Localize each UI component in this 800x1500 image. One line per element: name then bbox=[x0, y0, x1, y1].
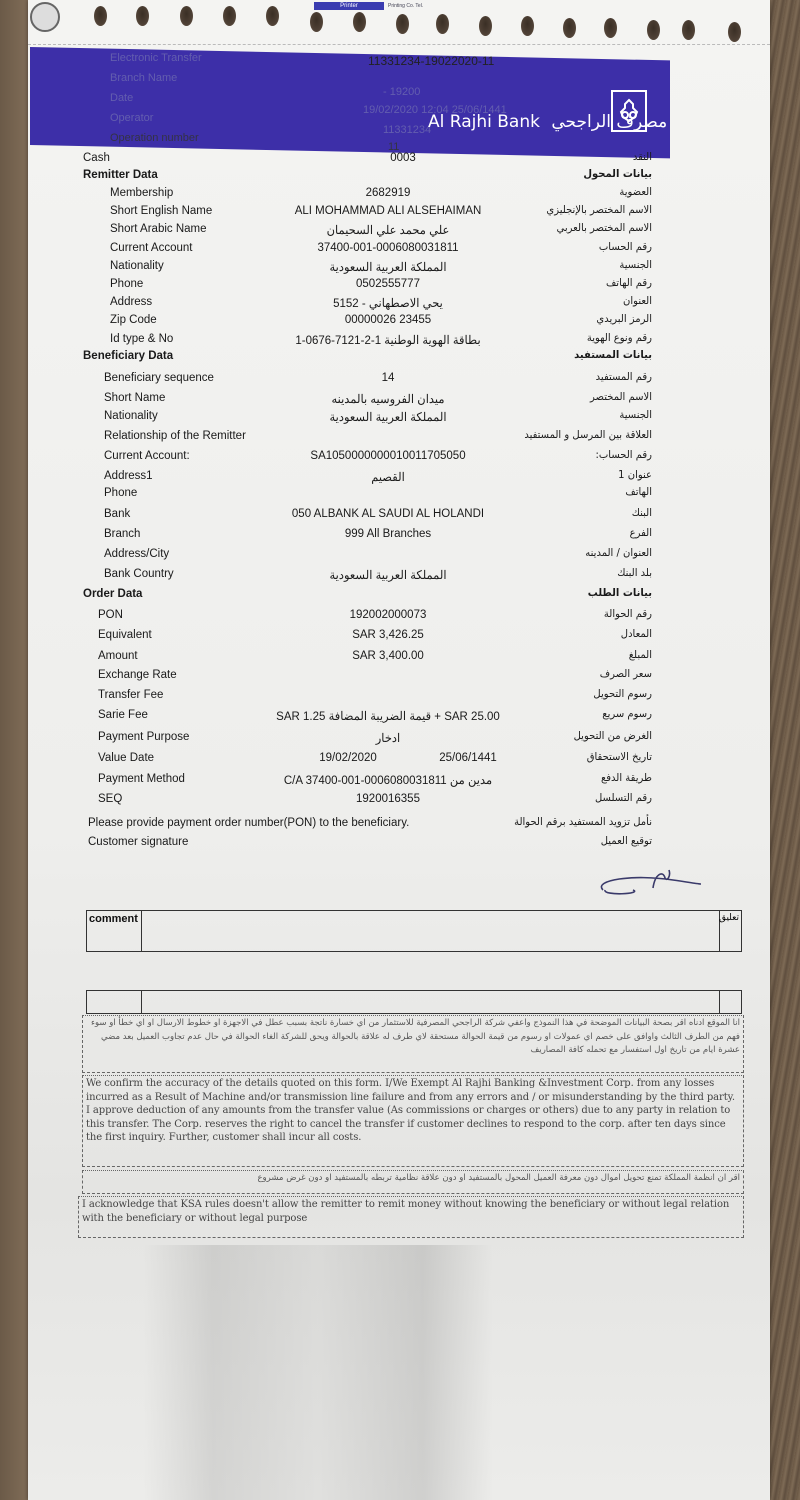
field-row: Zip Code00000026 23455الرمز البريدي bbox=[28, 314, 770, 333]
field-label: Cash bbox=[83, 152, 110, 165]
field-value-hijri: 25/06/1441 bbox=[439, 752, 497, 765]
field-label: Branch bbox=[104, 528, 140, 541]
field-row: Short Arabic Nameعلي محمد علي السحيمانال… bbox=[28, 223, 770, 242]
field-value: SA1050000000010011705050 bbox=[310, 450, 465, 463]
field-label: Address1 bbox=[104, 470, 153, 483]
field-value: 14 bbox=[382, 372, 395, 385]
field-row: Phoneالهاتف bbox=[28, 487, 770, 506]
disclaimer-english-1: We confirm the accuracy of the details q… bbox=[82, 1075, 744, 1167]
field-label-ar: رسوم التحويل bbox=[593, 689, 652, 701]
field-row: Payment MethodC/A 37400-001-000608003181… bbox=[28, 773, 770, 792]
header-label: Date bbox=[110, 92, 133, 104]
field-label-ar: الرمز البريدي bbox=[596, 314, 652, 326]
field-label: Relationship of the Remitter bbox=[104, 430, 246, 443]
field-label-ar: رسوم سريع bbox=[602, 709, 652, 721]
field-label-ar: النقد bbox=[633, 152, 652, 164]
field-row: Beneficiary sequence14رقم المستفيد bbox=[28, 372, 770, 391]
field-value: 1920016355 bbox=[356, 793, 420, 806]
field-label-ar: رقم الحوالة bbox=[604, 609, 652, 621]
field-row: Nationalityالمملكة العربية السعوديةالجنس… bbox=[28, 410, 770, 429]
field-label: Nationality bbox=[110, 259, 164, 272]
field-label-ar: رقم الحساب bbox=[599, 241, 652, 253]
field-value: القصيم bbox=[371, 470, 405, 485]
field-label-ar: المبلغ bbox=[629, 650, 652, 662]
feed-hole bbox=[563, 18, 576, 38]
feed-hole bbox=[647, 20, 660, 40]
field-label: Short Arabic Name bbox=[110, 223, 207, 236]
feed-hole bbox=[728, 22, 741, 42]
feed-hole bbox=[180, 6, 193, 26]
field-label: Phone bbox=[104, 487, 137, 500]
printer-brand: Printer bbox=[314, 2, 384, 10]
field-label: Phone bbox=[110, 278, 143, 291]
field-value: 050 ALBANK AL SAUDI AL HOLANDI bbox=[292, 508, 484, 521]
field-row: Branch999 All Branchesالفرع bbox=[28, 528, 770, 547]
field-row: PON192002000073رقم الحوالة bbox=[28, 609, 770, 628]
feed-hole bbox=[521, 16, 534, 36]
field-label-ar: الفرع bbox=[630, 528, 652, 540]
field-label: Current Account bbox=[110, 241, 192, 254]
pon-note: Please provide payment order number(PON)… bbox=[28, 817, 770, 836]
field-label: SEQ bbox=[98, 793, 122, 806]
field-label-ar: رقم المستفيد bbox=[596, 372, 652, 384]
field-label-ar: تاريخ الاستحقاق bbox=[587, 752, 652, 764]
field-label-ar: الهاتف bbox=[625, 487, 652, 499]
field-value: 192002000073 bbox=[350, 609, 427, 622]
field-value: علي محمد علي السحيمان bbox=[327, 223, 450, 238]
field-label: Membership bbox=[110, 187, 173, 200]
disclaimer-arabic-1: انا الموقع ادناه اقر بصحة البيانات الموض… bbox=[82, 1015, 744, 1073]
field-label-ar: المعادل bbox=[621, 629, 652, 641]
field-label: Short English Name bbox=[110, 205, 212, 218]
al-rajhi-logo-icon bbox=[611, 90, 647, 132]
field-label: Id type & No bbox=[110, 332, 173, 345]
field-row: Current Account37400-001-0006080031811رق… bbox=[28, 241, 770, 260]
section-title: Remitter Data bbox=[83, 169, 158, 182]
customer-signature bbox=[593, 860, 703, 900]
header-value: 11331234-19022020-11 bbox=[368, 54, 494, 68]
field-label-ar: الاسم المختصر bbox=[590, 392, 652, 404]
field-label-ar: الاسم المختصر بالعربي bbox=[557, 223, 652, 235]
field-row: Bank Countryالمملكة العربية السعوديةبلد … bbox=[28, 568, 770, 587]
field-value: ALI MOHAMMAD ALI ALSEHAIMAN bbox=[295, 205, 482, 218]
stamp-icon bbox=[30, 2, 60, 32]
header-label: Operation number bbox=[110, 132, 199, 144]
field-value: SAR 1.25 قيمة الضريبة المضافة + SAR 25.0… bbox=[276, 709, 500, 724]
signature-label-ar: توقيع العميل bbox=[601, 836, 652, 848]
field-label: Transfer Fee bbox=[98, 689, 163, 702]
feed-hole bbox=[436, 14, 449, 34]
field-row: Relationship of the Remitterالعلاقة بين … bbox=[28, 430, 770, 449]
field-label: Short Name bbox=[104, 392, 165, 405]
section-title-ar: بيانات المحول bbox=[583, 169, 652, 181]
section-title: Beneficiary Data bbox=[83, 350, 173, 363]
feed-hole bbox=[353, 12, 366, 32]
field-row: Address5152 - يحي الاصطهانيالعنوان bbox=[28, 296, 770, 315]
header-label: Branch Name bbox=[110, 72, 177, 84]
field-label: Sarie Fee bbox=[98, 709, 148, 722]
field-value: بطاقة الهوية الوطنية 1-2-7121-0676-1 bbox=[295, 332, 480, 347]
section-beneficiary: Beneficiary Data بيانات المستفيد bbox=[28, 350, 770, 369]
section-title: Order Data bbox=[83, 588, 142, 601]
field-label-ar: الجنسية bbox=[619, 410, 652, 422]
field-row: Value Date19/02/2020تاريخ الاستحقاق25/06… bbox=[28, 752, 770, 771]
printer-note: Printing Co. Tel. bbox=[388, 3, 423, 9]
field-label-ar: طريقة الدفع bbox=[601, 773, 652, 785]
field-label-ar: سعر الصرف bbox=[600, 669, 652, 681]
field-row: Short English NameALI MOHAMMAD ALI ALSEH… bbox=[28, 205, 770, 224]
feed-hole bbox=[682, 20, 695, 40]
field-row: Id type & Noبطاقة الهوية الوطنية 1-2-712… bbox=[28, 332, 770, 351]
field-label: Address/City bbox=[104, 548, 169, 561]
section-remitter: Remitter Data بيانات المحول bbox=[28, 169, 770, 188]
field-value: 37400-001-0006080031811 bbox=[317, 241, 458, 254]
feed-hole bbox=[136, 6, 149, 26]
field-value: المملكة العربية السعودية bbox=[329, 259, 446, 274]
field-label: Beneficiary sequence bbox=[104, 372, 214, 385]
field-value: SAR 3,400.00 bbox=[352, 650, 424, 663]
pon-note-text: Please provide payment order number(PON)… bbox=[88, 817, 409, 830]
field-value: ادخار bbox=[376, 731, 400, 746]
field-label: PON bbox=[98, 609, 123, 622]
field-label: Equivalent bbox=[98, 629, 152, 642]
field-value: 00000026 23455 bbox=[345, 314, 431, 327]
field-row: Transfer Feeرسوم التحويل bbox=[28, 689, 770, 708]
field-label: Zip Code bbox=[110, 314, 157, 327]
field-label-ar: رقم التسلسل bbox=[595, 793, 652, 805]
field-value: C/A 37400-001-0006080031811 مدين من bbox=[284, 773, 492, 788]
field-label: Payment Method bbox=[98, 773, 185, 786]
header-value: - 19200 bbox=[383, 86, 420, 98]
field-row: Exchange Rateسعر الصرف bbox=[28, 669, 770, 688]
section-title-ar: بيانات الطلب bbox=[588, 588, 652, 600]
field-label-ar: رقم ونوع الهوية bbox=[587, 332, 652, 344]
comment-label-cell: comment bbox=[87, 911, 142, 951]
field-label-ar: العنوان bbox=[623, 296, 652, 308]
field-label: Payment Purpose bbox=[98, 731, 189, 744]
empty-cell bbox=[87, 991, 142, 1013]
comment-label-ar-cell: تعليق bbox=[719, 911, 741, 951]
field-value: 0502555777 bbox=[356, 278, 420, 291]
field-label: Bank bbox=[104, 508, 130, 521]
field-value: ميدان الفروسيه بالمدينه bbox=[331, 392, 444, 407]
feed-hole bbox=[604, 18, 617, 38]
field-label-ar: العضوية bbox=[619, 187, 652, 199]
field-label-ar: رقم الهاتف bbox=[606, 278, 652, 290]
field-value: 2682919 bbox=[366, 187, 411, 200]
bank-name-en: Al Rajhi Bank bbox=[428, 112, 540, 132]
field-value: 5152 - يحي الاصطهاني bbox=[333, 296, 443, 311]
field-label: Exchange Rate bbox=[98, 669, 177, 682]
signature-row: Customer signature توقيع العميل bbox=[28, 836, 770, 855]
section-title-ar: بيانات المستفيد bbox=[574, 350, 652, 362]
disclaimer-arabic-2: اقر ان انظمة المملكة تمنع تحويل اموال دو… bbox=[82, 1170, 744, 1194]
field-label-ar: رقم الحساب: bbox=[596, 450, 652, 462]
comment-box-empty[interactable] bbox=[86, 990, 742, 1014]
field-row: Phone0502555777رقم الهاتف bbox=[28, 278, 770, 297]
empty-cell bbox=[719, 991, 741, 1013]
field-label-ar: الغرض من التحويل bbox=[574, 731, 652, 743]
comment-label: comment bbox=[89, 913, 138, 925]
field-label: Address bbox=[110, 296, 152, 309]
feed-hole bbox=[223, 6, 236, 26]
bank-name-ar: مصرف الراجحي bbox=[551, 112, 667, 132]
field-row: Payment Purposeادخارالغرض من التحويل bbox=[28, 731, 770, 750]
comment-box[interactable]: comment تعليق bbox=[86, 910, 742, 952]
desk-surface bbox=[768, 0, 800, 1500]
feed-hole bbox=[310, 12, 323, 32]
header-value: 11331234 bbox=[383, 124, 431, 136]
field-row: EquivalentSAR 3,426.25المعادل bbox=[28, 629, 770, 648]
field-value: 0003 bbox=[390, 152, 416, 165]
field-label-ar: الجنسية bbox=[619, 259, 652, 271]
field-row: SEQ1920016355رقم التسلسل bbox=[28, 793, 770, 812]
section-order: Order Data بيانات الطلب bbox=[28, 588, 770, 607]
field-label: Bank Country bbox=[104, 568, 174, 581]
printer-feed-strip: Printer Printing Co. Tel. bbox=[28, 0, 770, 45]
field-row: Membership2682919العضوية bbox=[28, 187, 770, 206]
field-row: AmountSAR 3,400.00المبلغ bbox=[28, 650, 770, 669]
field-row: Sarie FeeSAR 1.25 قيمة الضريبة المضافة +… bbox=[28, 709, 770, 728]
shadow bbox=[143, 1245, 493, 1500]
field-value: 19/02/2020 bbox=[319, 752, 377, 765]
field-row: Address/Cityالعنوان / المدينه bbox=[28, 548, 770, 567]
field-label: Value Date bbox=[98, 752, 154, 765]
feed-hole bbox=[479, 16, 492, 36]
field-label-ar: العلاقة بين المرسل و المستفيد bbox=[524, 430, 652, 442]
field-value: المملكة العربية السعودية bbox=[329, 410, 446, 425]
field-row: Nationalityالمملكة العربية السعوديةالجنس… bbox=[28, 259, 770, 278]
pon-note-ar: نأمل تزويد المستفيد برقم الحوالة bbox=[514, 817, 652, 829]
field-row: Current Account:SA1050000000010011705050… bbox=[28, 450, 770, 469]
field-label-ar: عنوان 1 bbox=[618, 470, 652, 482]
header-label: Electronic Transfer bbox=[110, 52, 202, 64]
field-label-ar: الاسم المختصر بالإنجليزي bbox=[546, 205, 652, 217]
field-label-ar: العنوان / المدينه bbox=[585, 548, 652, 560]
field-row: Bank050 ALBANK AL SAUDI AL HOLANDIالبنك bbox=[28, 508, 770, 527]
feed-hole bbox=[396, 14, 409, 34]
field-value: المملكة العربية السعودية bbox=[329, 568, 446, 583]
field-label-ar: البنك bbox=[632, 508, 652, 520]
comment-label-ar: تعليق bbox=[719, 913, 739, 923]
transfer-receipt: Printer Printing Co. Tel. Electronic Tra… bbox=[28, 0, 770, 1500]
field-label-ar: بلد البنك bbox=[617, 568, 652, 580]
field-label: Amount bbox=[98, 650, 138, 663]
field-value: 999 All Branches bbox=[345, 528, 431, 541]
field-row: Short Nameميدان الفروسيه بالمدينهالاسم ا… bbox=[28, 392, 770, 411]
header-label: Operator bbox=[110, 112, 153, 124]
feed-hole bbox=[266, 6, 279, 26]
field-label: Current Account: bbox=[104, 450, 190, 463]
disclaimer-english-2: I acknowledge that KSA rules doesn't all… bbox=[78, 1196, 744, 1238]
field-label: Nationality bbox=[104, 410, 158, 423]
field-value: SAR 3,426.25 bbox=[352, 629, 424, 642]
signature-label: Customer signature bbox=[88, 836, 188, 849]
feed-hole bbox=[94, 6, 107, 26]
